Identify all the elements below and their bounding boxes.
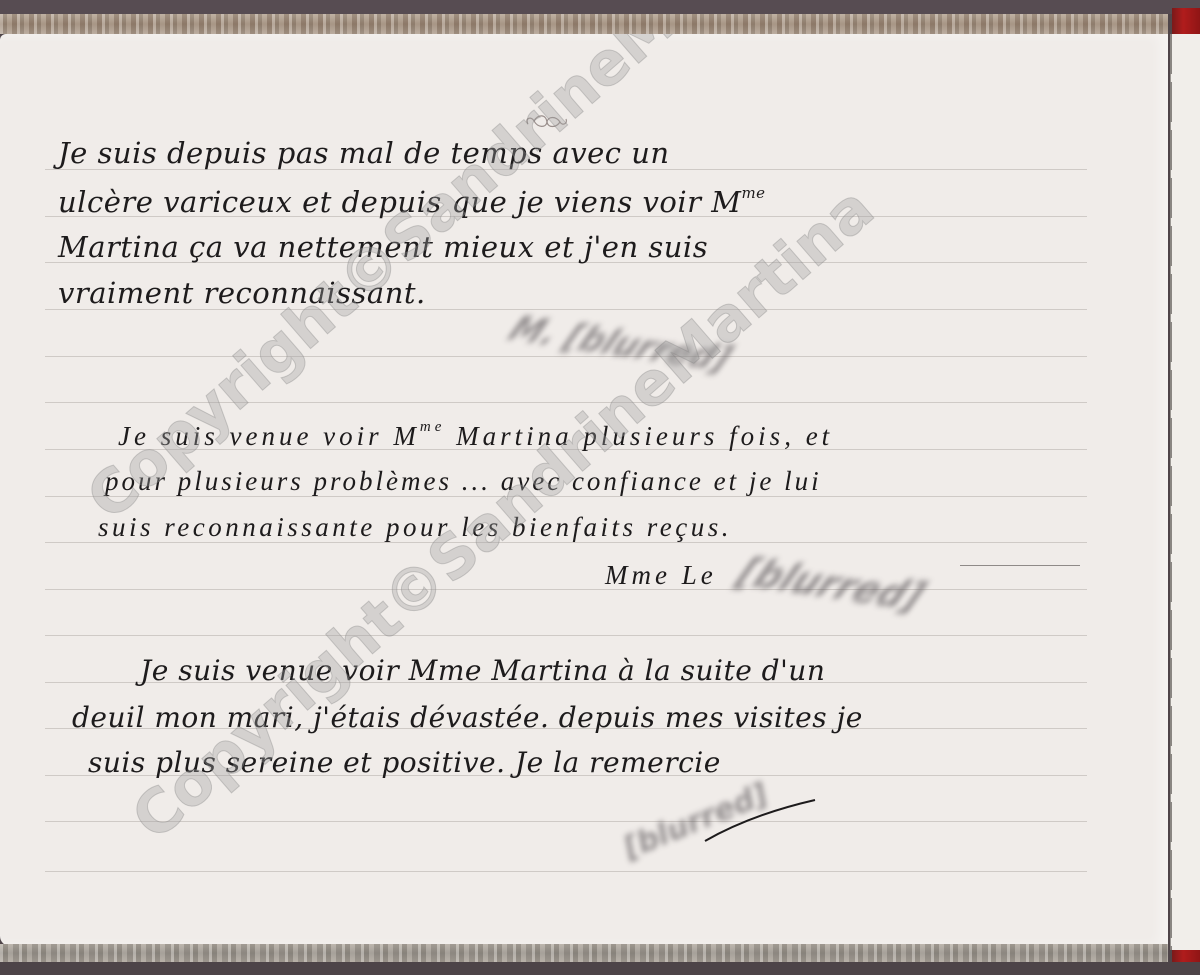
scan-bottom-border (0, 962, 1200, 975)
book-cover-edge-top (0, 14, 1168, 34)
entry1-line3: Martina ça va nettement mieux et j'en su… (58, 230, 708, 264)
signature-underline (960, 565, 1080, 566)
flourish-ornament-icon (522, 112, 572, 132)
entry2-signature-redacted: [blurred] (730, 549, 933, 619)
entry3-line1: Je suis venue voir Mme Martina à la suit… (140, 654, 825, 687)
entry3-line2: deuil mon mari, j'étais dévastée. depuis… (72, 701, 863, 734)
entry1-signature-redacted: M. [blurred] (502, 308, 739, 380)
entry2-signature-prefix: Mme Le (605, 560, 717, 591)
ruled-line (45, 402, 1087, 403)
superscript-me: me (741, 184, 765, 202)
entry2-line1-text: Je suis venue voir M (118, 421, 420, 451)
next-page-edge (1170, 34, 1200, 950)
ruled-line (45, 589, 1087, 590)
binding-stitch (1170, 34, 1172, 950)
guestbook-page: Je suis depuis pas mal de temps avec un … (0, 34, 1168, 946)
superscript-me: me (420, 419, 446, 435)
signature-flourish-icon (700, 796, 820, 846)
ruled-line (45, 821, 1087, 822)
entry1-line2-text: ulcère variceux et depuis que je viens v… (58, 185, 741, 219)
book-cover-edge-bottom (0, 944, 1168, 962)
scan-top-border (0, 0, 1200, 14)
entry2-line1: Je suis venue voir Mme Martina plusieurs… (118, 419, 833, 452)
ruled-line (45, 635, 1087, 636)
entry2-line2: pour plusieurs problèmes ... avec confia… (105, 466, 822, 497)
entry1-line2: ulcère variceux et depuis que je viens v… (58, 184, 766, 219)
entry3-line3: suis plus sereine et positive. Je la rem… (88, 746, 721, 779)
entry1-line4: vraiment reconnaissant. (58, 276, 426, 310)
entry2-line1-rest: Martina plusieurs fois, et (456, 421, 833, 451)
entry2-line3: suis reconnaissante pour les bienfaits r… (98, 512, 732, 543)
ruled-line (45, 871, 1087, 872)
entry1-line1: Je suis depuis pas mal de temps avec un (58, 136, 670, 170)
